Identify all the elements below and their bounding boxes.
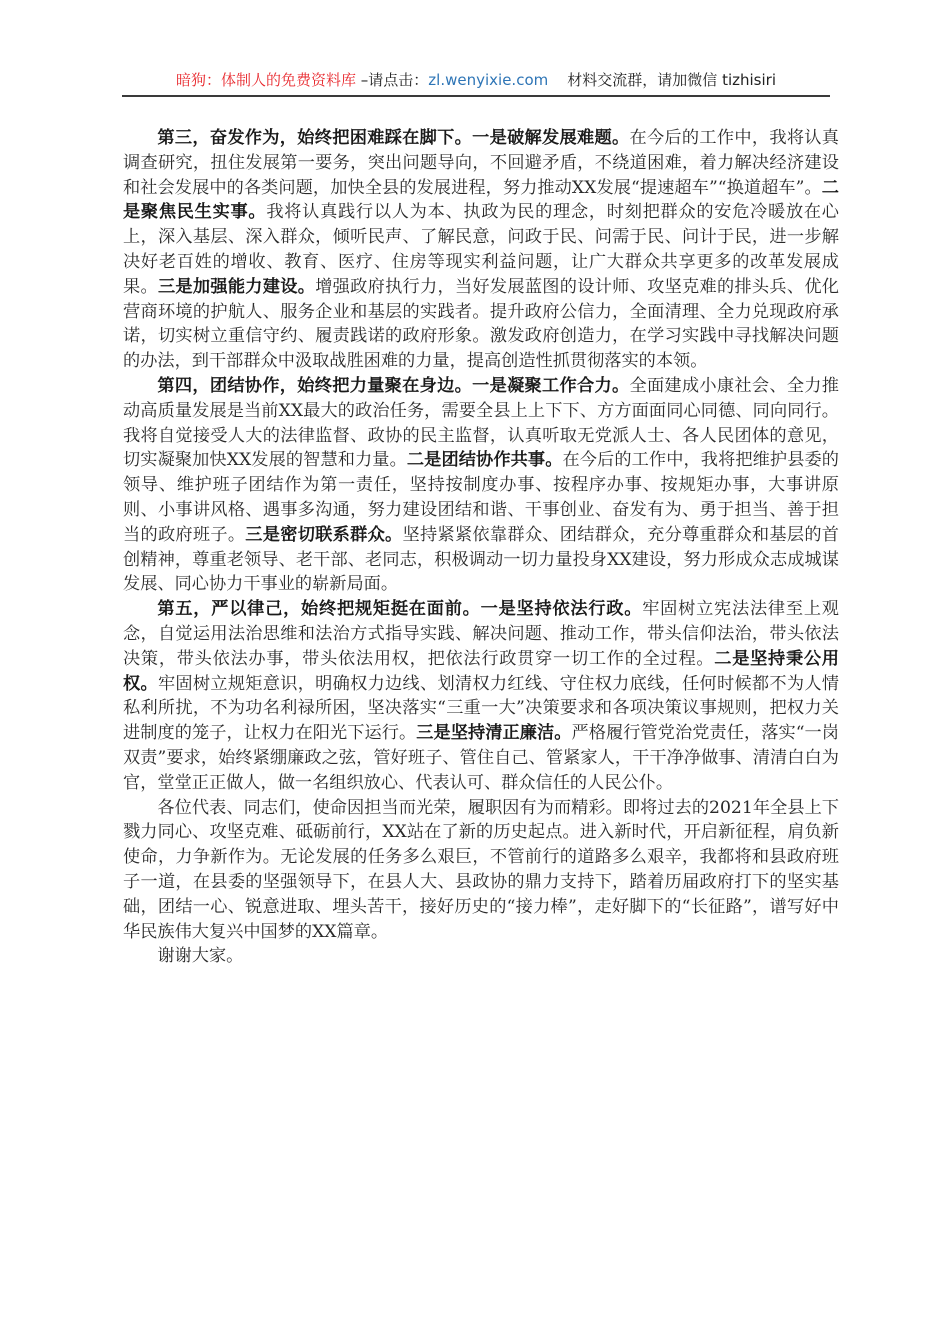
subheading: 二是团结协作共事。 (407, 450, 563, 470)
document-body: 第三，奋发作为，始终把困难踩在脚下。一是破解发展难题。在今后的工作中，我将认真调… (123, 126, 839, 969)
paragraph-third: 第三，奋发作为，始终把困难踩在脚下。一是破解发展难题。在今后的工作中，我将认真调… (123, 126, 839, 374)
header-contact: 材料交流群，请加微信 tizhisiri (548, 71, 776, 89)
subheading: 三是密切联系群众。 (245, 525, 402, 545)
paragraph-thanks: 谢谢大家。 (123, 944, 839, 969)
header-divider (122, 95, 830, 97)
paragraph-text: 谢谢大家。 (157, 946, 243, 966)
heading-third: 第三，奋发作为，始终把困难踩在脚下。一是破解发展难题。 (157, 128, 629, 148)
subheading: 三是加强能力建设。 (158, 277, 315, 297)
paragraph-closing: 各位代表、同志们，使命因担当而光荣，履职因有为而精彩。即将过去的2021年全县上… (123, 796, 839, 945)
header-prompt: –请点击： (356, 71, 428, 89)
header-url-link[interactable]: zl.wenyixie.com (428, 71, 548, 89)
page-header-banner: 暗狗：体制人的免费资料库 –请点击：zl.wenyixie.com 材料交流群，… (122, 68, 830, 92)
paragraph-fourth: 第四，团结协作，始终把力量聚在身边。一是凝聚工作合力。全面建成小康社会、全力推动… (123, 374, 839, 597)
heading-fifth: 第五，严以律己，始终把规矩挺在面前。一是坚持依法行政。 (157, 599, 642, 619)
header-brand: 暗狗：体制人的免费资料库 (176, 71, 356, 89)
paragraph-fifth: 第五，严以律己，始终把规矩挺在面前。一是坚持依法行政。牢固树立宪法法律至上观念，… (123, 597, 839, 795)
paragraph-text: 各位代表、同志们，使命因担当而光荣，履职因有为而精彩。即将过去的2021年全县上… (123, 798, 839, 942)
subheading: 三是坚持清正廉洁。 (416, 723, 571, 743)
heading-fourth: 第四，团结协作，始终把力量聚在身边。一是凝聚工作合力。 (157, 376, 629, 396)
